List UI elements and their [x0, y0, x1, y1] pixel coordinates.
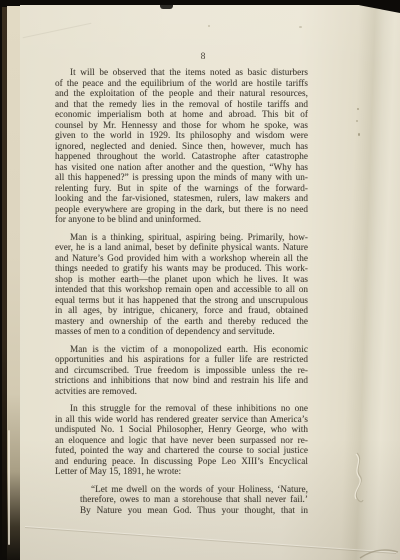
page-edge-highlight [8, 430, 10, 545]
page-top-notch [160, 5, 173, 9]
paper-speck [299, 26, 302, 28]
block-quote: “Let me dwell on the words of your Holin… [80, 484, 308, 516]
paragraph-4: In this struggle for the removal of thes… [55, 403, 308, 477]
paper-speck [357, 108, 359, 110]
page-text: It will be observed that the items noted… [55, 67, 308, 515]
paper-speck [208, 25, 210, 27]
gutter-fiber-mark [348, 450, 370, 508]
book-page: 8 It will be observed that the items not… [20, 5, 400, 560]
book-photo: 8 It will be observed that the items not… [0, 0, 400, 560]
corner-curl-shadow [358, 534, 400, 560]
paragraph-2: Man is a thinking, spiritual, aspiring b… [55, 232, 308, 337]
page-number: 8 [193, 51, 213, 62]
paper-speck [356, 120, 358, 122]
paragraph-1: It will be observed that the items noted… [55, 67, 308, 225]
paper-speck [358, 133, 360, 136]
paragraph-3: Man is the victim of a monopolized earth… [55, 344, 308, 397]
